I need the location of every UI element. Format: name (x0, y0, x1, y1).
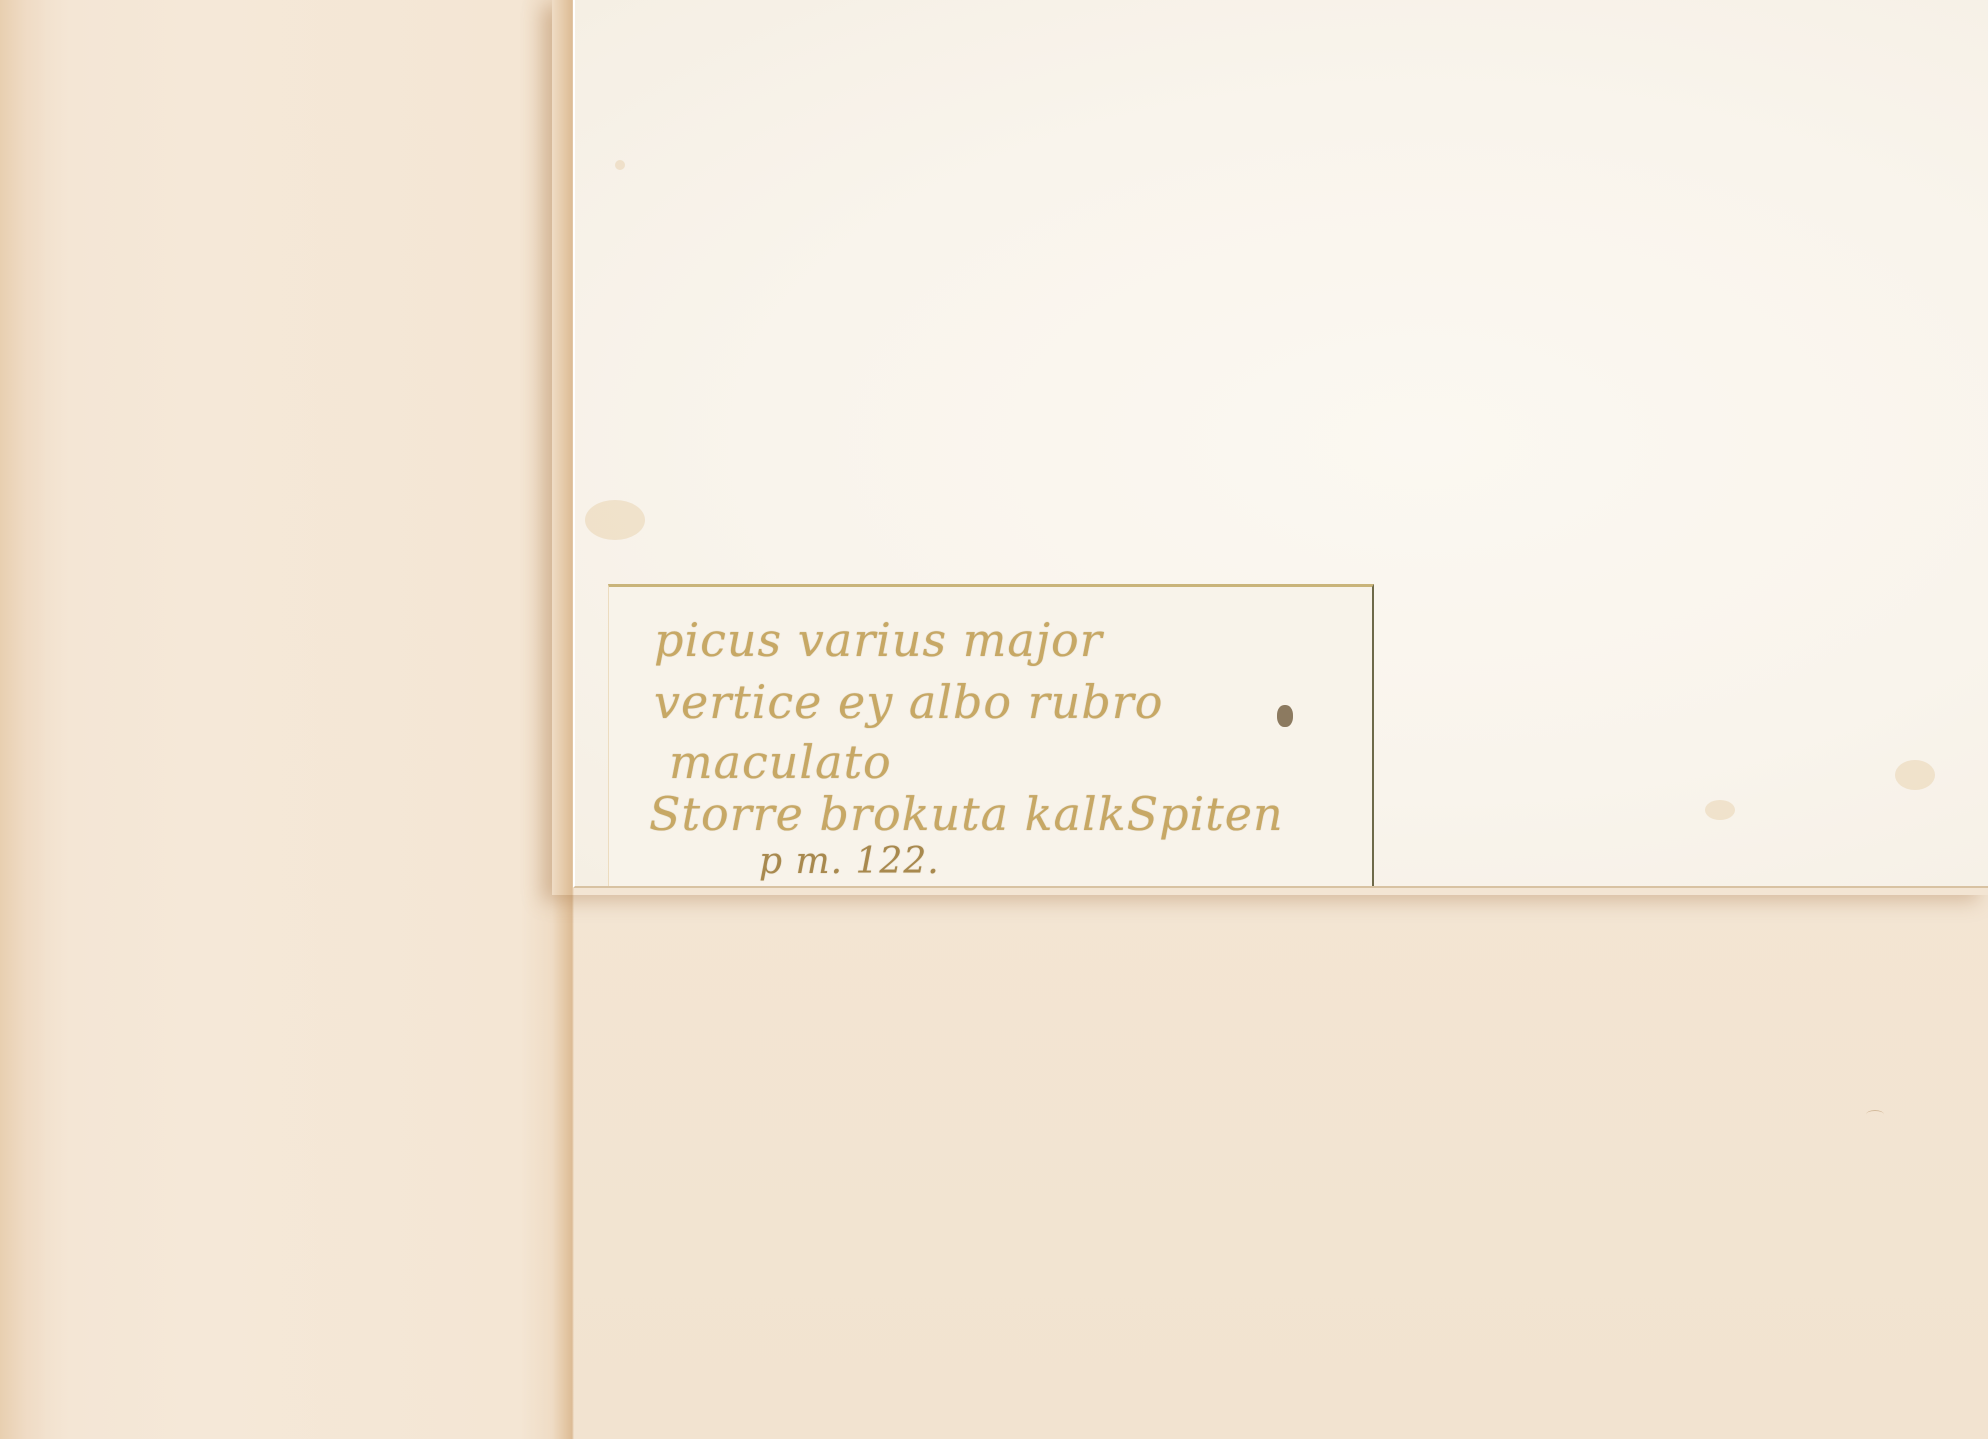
ink-blot (1277, 705, 1293, 727)
foxing-spot (1705, 800, 1735, 820)
mat-scratch (1866, 1110, 1884, 1119)
foxing-spot (1895, 760, 1935, 790)
label-line-description: vertice ey albo rubro (654, 675, 1163, 729)
handwritten-label: picus varius major vertice ey albo rubro… (608, 584, 1374, 886)
frame-edge (0, 0, 46, 1439)
label-line-swedish-name: Storre brokuta kalkSpiten (649, 787, 1284, 841)
label-line-page-ref: p m. 122. (759, 841, 940, 882)
foxing-spot (585, 500, 645, 540)
label-line-description-cont: maculato (669, 735, 892, 789)
foxing-spot (615, 160, 625, 170)
label-line-species: picus varius major (654, 613, 1103, 667)
